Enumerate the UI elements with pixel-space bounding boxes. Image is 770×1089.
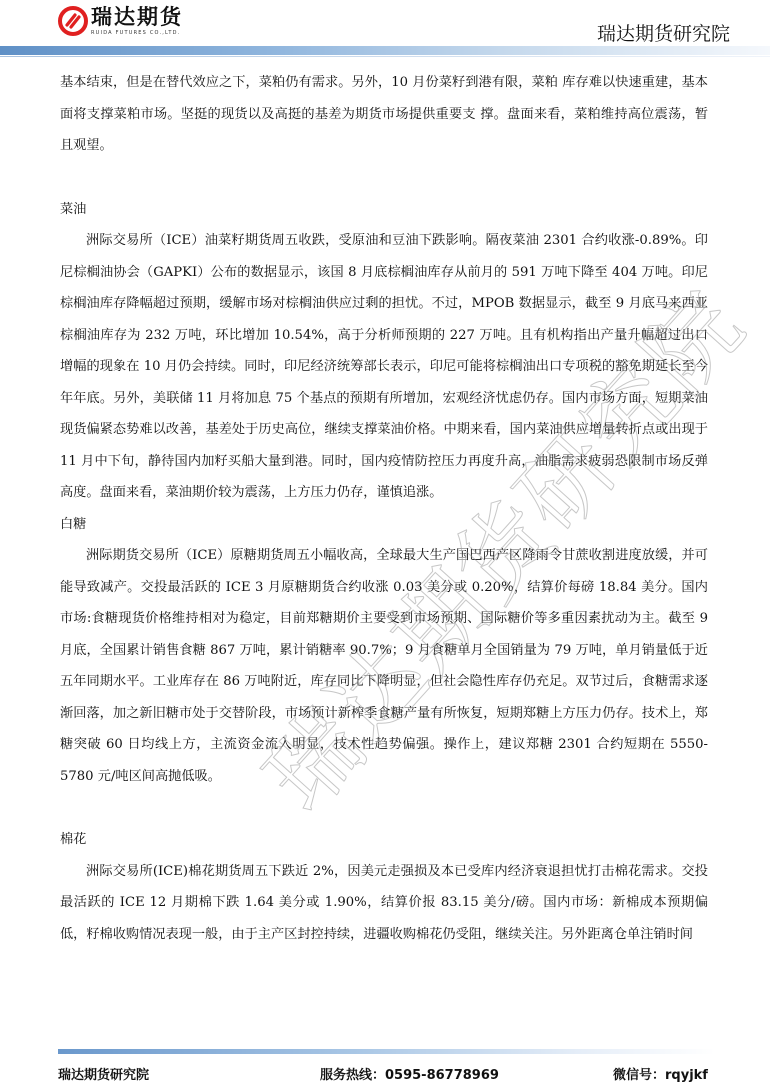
page-footer: 瑞达期货研究院 服务热线：0595-86778969 微信号：rqyjkf [58,1064,718,1086]
page-header: 瑞达期货 RUIDA FUTURES CO.,LTD. 瑞达期货研究院 [0,0,770,60]
section-cotton: 棉花 洲际交易所(ICE)棉花期货周五下跌近 2%，因美元走强损及本已受库内经济… [60,824,708,950]
header-divider [0,56,770,57]
footer-gradient-bar [58,1049,715,1054]
ruida-logo-icon [58,6,88,36]
section-heading: 棉花 [60,824,708,856]
footer-wechat: 微信号：rqyjkf [613,1064,708,1083]
section-heading: 白糖 [60,509,708,541]
logo-chinese-name: 瑞达期货 [91,5,183,29]
logo-english-name: RUIDA FUTURES CO.,LTD. [91,30,183,36]
report-body: 基本结束，但是在替代效应之下，菜粕仍有需求。另外，10 月份菜籽到港有限，菜粕 … [60,67,708,950]
header-gradient-bar [0,46,770,55]
company-logo: 瑞达期货 RUIDA FUTURES CO.,LTD. [58,5,183,36]
section-rapeseed-oil: 菜油 洲际交易所（ICE）油菜籽期货周五收跌，受原油和豆油下跌影响。隔夜菜油 2… [60,194,708,509]
section-heading: 菜油 [60,194,708,226]
spacer [60,162,708,194]
paragraph: 洲际交易所（ICE）油菜籽期货周五收跌，受原油和豆油下跌影响。隔夜菜油 2301… [60,225,708,509]
footer-org: 瑞达期货研究院 [58,1064,149,1083]
footer-hotline: 服务热线：0595-86778969 [320,1064,499,1083]
spacer [60,792,708,824]
header-title: 瑞达期货研究院 [597,19,730,46]
section-sugar: 白糖 洲际期货交易所（ICE）原糖期货周五小幅收高，全球最大生产国巴西产区降雨令… [60,509,708,793]
section-rapeseed-meal-tail: 基本结束，但是在替代效应之下，菜粕仍有需求。另外，10 月份菜籽到港有限，菜粕 … [60,67,708,162]
paragraph: 洲际期货交易所（ICE）原糖期货周五小幅收高，全球最大生产国巴西产区降雨令甘蔗收… [60,540,708,792]
paragraph: 洲际交易所(ICE)棉花期货周五下跌近 2%，因美元走强损及本已受库内经济衰退担… [60,856,708,951]
paragraph: 基本结束，但是在替代效应之下，菜粕仍有需求。另外，10 月份菜籽到港有限，菜粕 … [60,67,708,162]
